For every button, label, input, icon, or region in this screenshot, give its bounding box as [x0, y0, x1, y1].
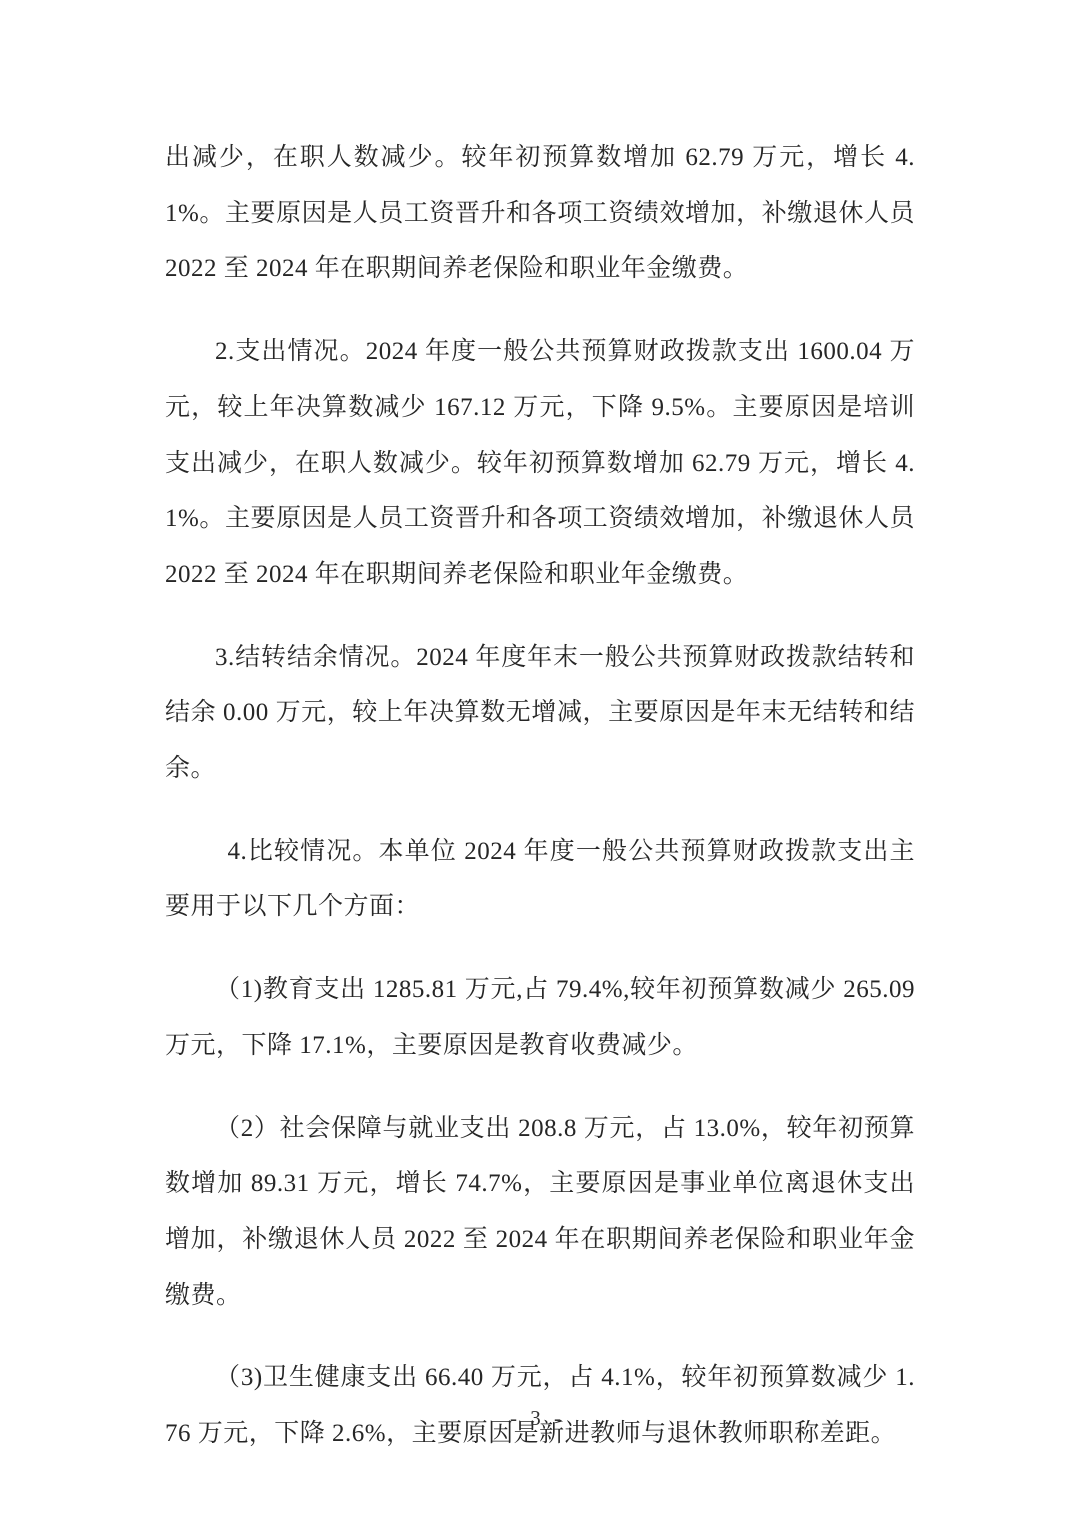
paragraph-expenditure-situation: 2.支出情况。2024 年度一般公共预算财政拨款支出 1600.04 万元，较上… [165, 324, 915, 603]
paragraph-item-1-education: （1)教育支出 1285.81 万元,占 79.4%,较年初预算数减少 265.… [165, 962, 915, 1073]
paragraph-comparison: 4.比较情况。本单位 2024 年度一般公共预算财政拨款支出主要用于以下几个方面… [165, 824, 915, 935]
document-body: 出减少，在职人数减少。较年初预算数增加 62.79 万元，增长 4.1%。主要原… [165, 130, 915, 1489]
paragraph-carryover-balance: 3.结转结余情况。2024 年度年末一般公共预算财政拨款结转和结余 0.00 万… [165, 630, 915, 797]
paragraph-item-2-social-security: （2）社会保障与就业支出 208.8 万元，占 13.0%，较年初预算数增加 8… [165, 1101, 915, 1324]
document-page: 出减少，在职人数减少。较年初预算数增加 62.79 万元，增长 4.1%。主要原… [0, 0, 1075, 1520]
page-number: - 3 - [0, 1406, 1075, 1431]
paragraph-continuation: 出减少，在职人数减少。较年初预算数增加 62.79 万元，增长 4.1%。主要原… [165, 130, 915, 297]
